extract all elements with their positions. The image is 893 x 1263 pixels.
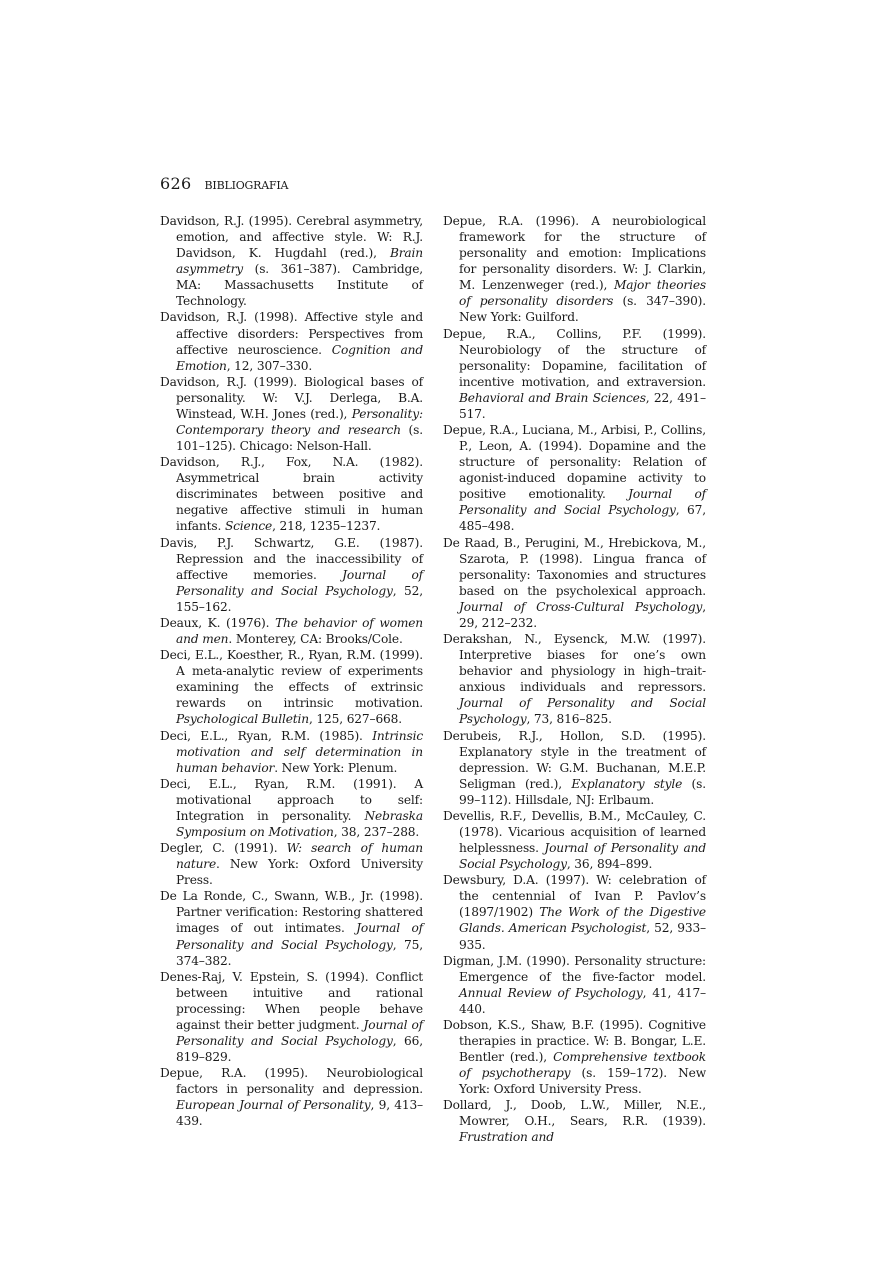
bibliography-entry: Denes-Raj, V. Epstein, S. (1994). Confli… bbox=[160, 969, 423, 1065]
entry-details: , 12, 307–330. bbox=[227, 359, 312, 373]
entry-authors-and-text: Depue, R.A. (1995). Neurobiological fact… bbox=[160, 1066, 423, 1096]
book-page: 626 BIBLIOGRAFIA Davidson, R.J. (1995). … bbox=[0, 0, 893, 1263]
entry-authors-and-text: Dollard, J., Doob, L.W., Miller, N.E., M… bbox=[443, 1098, 706, 1128]
running-title: BIBLIOGRAFIA bbox=[205, 179, 289, 192]
entry-authors-and-text: Deci, E.L., Koesther, R., Ryan, R.M. (19… bbox=[160, 648, 423, 710]
bibliography-entry: De La Ronde, C., Swann, W.B., Jr. (1998)… bbox=[160, 888, 423, 968]
bibliography-entry: Degler, C. (1991). W: search of human na… bbox=[160, 840, 423, 888]
entry-authors-and-text: Depue, R.A., Collins, P.F. (1999). Neuro… bbox=[443, 327, 706, 389]
entry-details: , 38, 237–288. bbox=[334, 825, 419, 839]
bibliography-entry: Davidson, R.J. (1998). Affective style a… bbox=[160, 309, 423, 373]
bibliography-entry: Davidson, R.J., Fox, N.A. (1982). Asymme… bbox=[160, 454, 423, 534]
page-number: 626 bbox=[160, 174, 191, 193]
entry-authors-and-text: Deci, E.L., Ryan, R.M. (1985). bbox=[160, 729, 372, 743]
entry-title: European Journal of Personality bbox=[176, 1098, 371, 1112]
entry-title: Frustration and bbox=[459, 1130, 554, 1144]
bibliography-entry: Deci, E.L., Koesther, R., Ryan, R.M. (19… bbox=[160, 647, 423, 727]
entry-title: Annual Review of Psychology bbox=[459, 986, 643, 1000]
entry-details: . Monterey, CA: Brooks/Cole. bbox=[228, 632, 402, 646]
entry-title: Science bbox=[225, 519, 272, 533]
entry-details: , 125, 627–668. bbox=[309, 712, 402, 726]
entry-title: Psychological Bulletin bbox=[176, 712, 309, 726]
entry-authors-and-text: Degler, C. (1991). bbox=[160, 841, 287, 855]
entry-authors-and-text: Deaux, K. (1976). bbox=[160, 616, 275, 630]
bibliography-entry: De Raad, B., Perugini, M., Hrebickova, M… bbox=[443, 535, 706, 631]
bibliography-entry: Deaux, K. (1976). The behavior of women … bbox=[160, 615, 423, 647]
bibliography-entry: Derubeis, R.J., Hollon, S.D. (1995). Exp… bbox=[443, 728, 706, 808]
bibliography-entry: Depue, R.A., Collins, P.F. (1999). Neuro… bbox=[443, 326, 706, 422]
bibliography-entry: Dollard, J., Doob, L.W., Miller, N.E., M… bbox=[443, 1097, 706, 1145]
bibliography-entry: Derakshan, N., Eysenck, M.W. (1997). Int… bbox=[443, 631, 706, 727]
bibliography-entry: Davidson, R.J. (1995). Cerebral asymmetr… bbox=[160, 213, 423, 309]
entry-details: , 218, 1235–1237. bbox=[272, 519, 380, 533]
entry-title: Behavioral and Brain Sciences bbox=[459, 391, 646, 405]
bibliography-left-column: Davidson, R.J. (1995). Cerebral asymmetr… bbox=[160, 213, 423, 1129]
entry-details: , 73, 816–825. bbox=[526, 712, 611, 726]
bibliography-entry: Digman, J.M. (1990). Personality structu… bbox=[443, 953, 706, 1017]
bibliography-entry: Depue, R.A. (1995). Neurobiological fact… bbox=[160, 1065, 423, 1129]
bibliography-entry: Depue, R.A., Luciana, M., Arbisi, P., Co… bbox=[443, 422, 706, 535]
entry-details: . New York: Plenum. bbox=[274, 761, 397, 775]
entry-title: Journal of Cross-Cultural Psychology bbox=[459, 600, 702, 614]
entry-authors-and-text: Davidson, R.J. (1995). Cerebral asymmetr… bbox=[160, 214, 423, 260]
entry-authors-and-text: Derakshan, N., Eysenck, M.W. (1997). Int… bbox=[443, 632, 706, 694]
bibliography-entry: Deci, E.L., Ryan, R.M. (1991). A motivat… bbox=[160, 776, 423, 840]
entry-details: , 36, 894–899. bbox=[567, 857, 652, 871]
entry-authors-and-text: Digman, J.M. (1990). Personality structu… bbox=[443, 954, 706, 984]
entry-title: Explanatory style bbox=[571, 777, 682, 791]
bibliography-entry: Depue, R.A. (1996). A neurobiological fr… bbox=[443, 213, 706, 326]
bibliography-entry: Davidson, R.J. (1999). Biological bases … bbox=[160, 374, 423, 454]
page-header: 626 BIBLIOGRAFIA bbox=[160, 174, 288, 193]
bibliography-entry: Dewsbury, D.A. (1997). W: celebration of… bbox=[443, 872, 706, 952]
bibliography-entry: Devellis, R.F., Devellis, B.M., McCauley… bbox=[443, 808, 706, 872]
entry-authors-and-text: De Raad, B., Perugini, M., Hrebickova, M… bbox=[443, 536, 706, 598]
bibliography-entry: Deci, E.L., Ryan, R.M. (1985). Intrinsic… bbox=[160, 728, 423, 776]
bibliography-entry: Davis, P.J. Schwartz, G.E. (1987). Repre… bbox=[160, 535, 423, 615]
bibliography-entry: Dobson, K.S., Shaw, B.F. (1995). Cogniti… bbox=[443, 1017, 706, 1097]
bibliography-right-column: Depue, R.A. (1996). A neurobiological fr… bbox=[443, 213, 706, 1146]
